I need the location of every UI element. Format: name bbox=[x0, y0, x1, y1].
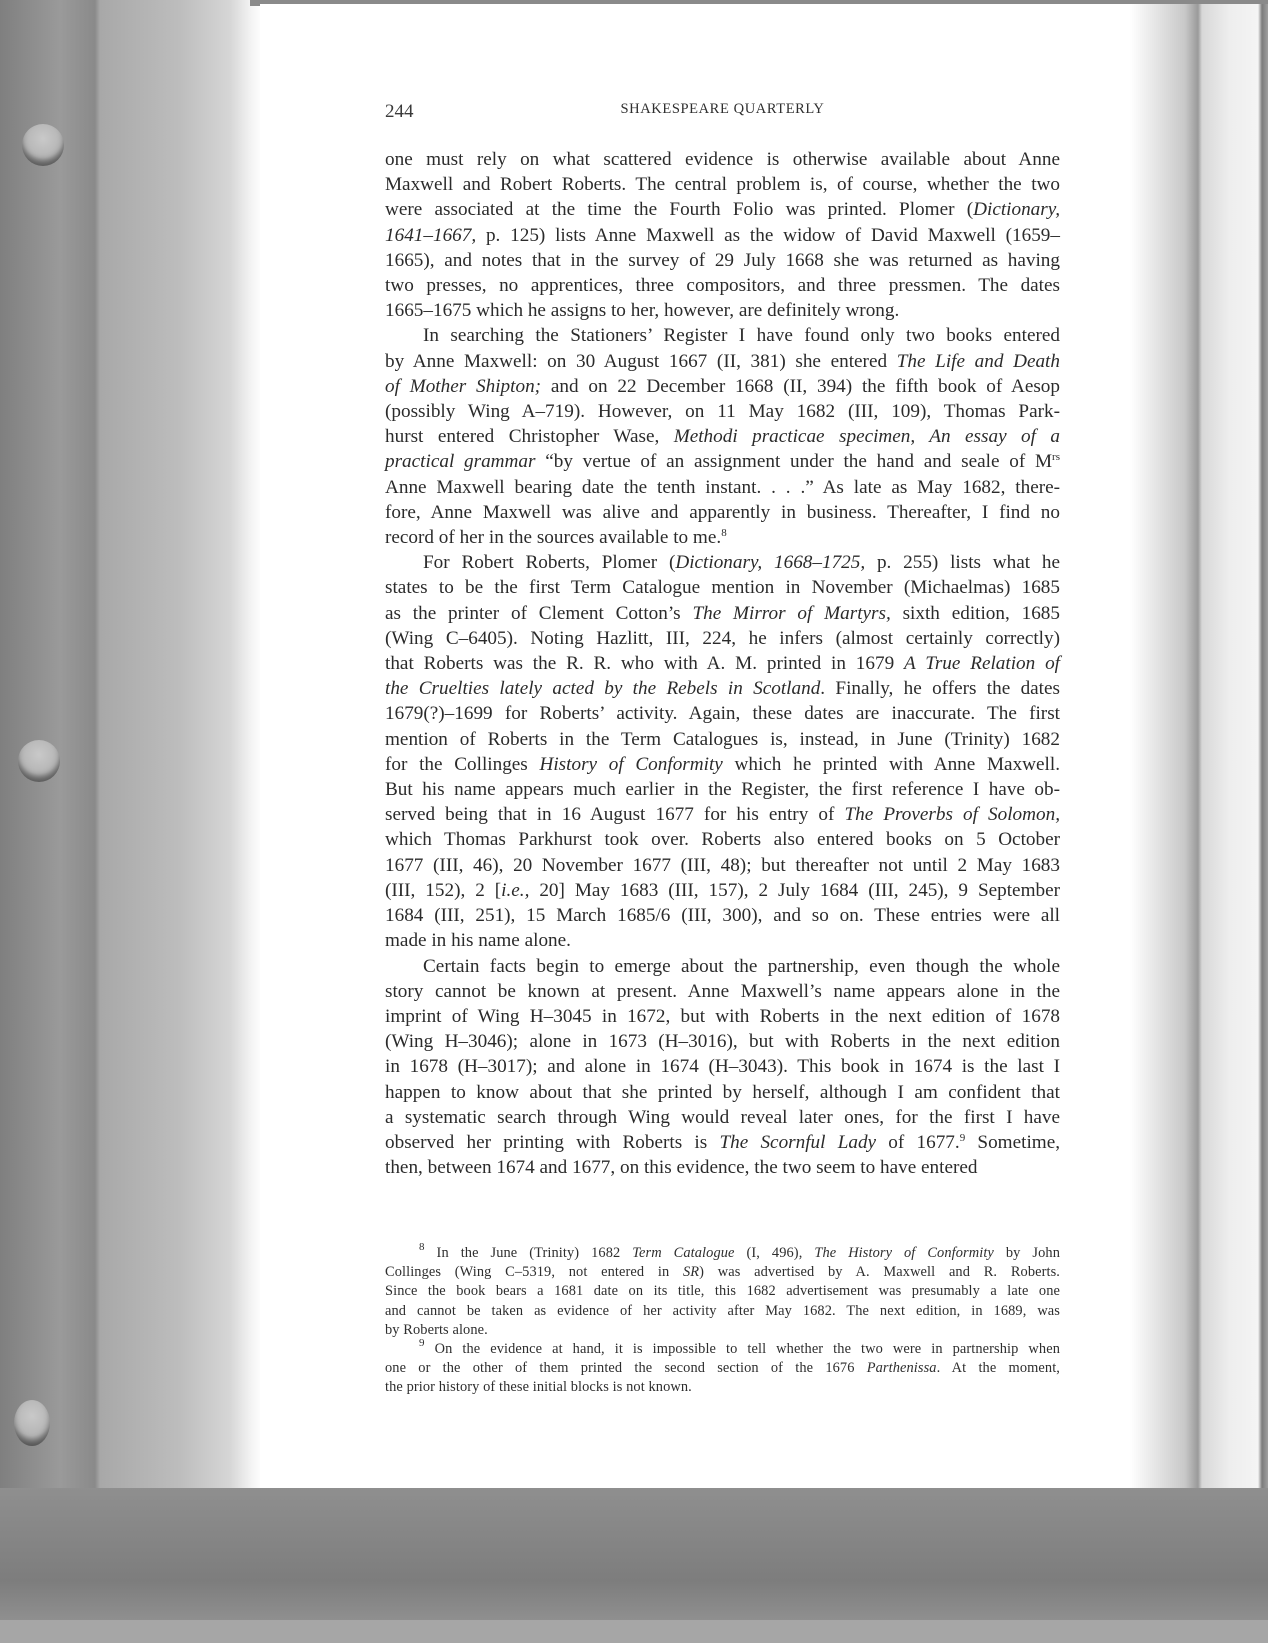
italic-text: Dictionary, bbox=[973, 199, 1060, 220]
italic-text: The Scornful Lady bbox=[719, 1132, 876, 1153]
text-line: (III, 152), 2 [i.e., 20] May 1683 (III, … bbox=[385, 878, 1060, 903]
text-line: happen to know about that she printed by… bbox=[385, 1080, 1060, 1105]
punch-hole-icon bbox=[14, 1400, 50, 1446]
text-line: observed her printing with Roberts is Th… bbox=[385, 1130, 1060, 1155]
text-line: which Thomas Parkhurst took over. Robert… bbox=[385, 827, 1060, 852]
paragraph: In searching the Stationers’ Register I … bbox=[385, 323, 1060, 550]
text-run: 20] May 1683 (III, 157), 2 July 1684 (II… bbox=[529, 880, 1060, 901]
text-run: . At the moment, bbox=[937, 1360, 1060, 1376]
text-run: hurst entered Christopher Wase, bbox=[385, 426, 674, 447]
journal-title: SHAKESPEARE QUARTERLY bbox=[385, 101, 1060, 118]
italic-text: Term Catalogue bbox=[632, 1245, 734, 1261]
text-run: that Roberts was the R. R. who with A. M… bbox=[385, 653, 904, 674]
text-run: Collinges (Wing C–5319, not entered in bbox=[385, 1264, 683, 1280]
text-run: then, between 1674 and 1677, on this evi… bbox=[385, 1157, 978, 1178]
text-run: by John bbox=[994, 1245, 1060, 1261]
running-head: 244 SHAKESPEARE QUARTERLY bbox=[385, 99, 1060, 123]
text-run: as the printer of Clement Cotton’s bbox=[385, 603, 692, 624]
text-run: one must rely on what scattered evidence… bbox=[385, 149, 1060, 170]
footnotes: 8 In the June (Trinity) 1682 Term Catalo… bbox=[385, 1244, 1060, 1398]
text-line: mention of Roberts in the Term Catalogue… bbox=[385, 727, 1060, 752]
text-run: p. 125) lists Anne Maxwell as the widow … bbox=[476, 225, 1060, 246]
text-line: that Roberts was the R. R. who with A. M… bbox=[385, 651, 1060, 676]
text-run: served being that in 16 August 1677 for … bbox=[385, 804, 844, 825]
text-line: In searching the Stationers’ Register I … bbox=[385, 323, 1060, 348]
italic-text: A True Relation of bbox=[904, 653, 1060, 674]
text-line: 1677 (III, 46), 20 November 1677 (III, 4… bbox=[385, 853, 1060, 878]
text-run: imprint of Wing H–3045 in 1672, but with… bbox=[385, 1006, 1060, 1027]
text-line: story cannot be known at present. Anne M… bbox=[385, 979, 1060, 1004]
text-run: a systematic search through Wing would r… bbox=[385, 1107, 1060, 1128]
footnote-marker: rs bbox=[1052, 451, 1060, 463]
text-line: 1665), and notes that in the survey of 2… bbox=[385, 248, 1060, 273]
text-line: one or the other of them printed the sec… bbox=[385, 1359, 1060, 1378]
text-run: were associated at the time the Fourth F… bbox=[385, 199, 973, 220]
text-line: a systematic search through Wing would r… bbox=[385, 1105, 1060, 1130]
italic-text: The Proverbs of Solomon, bbox=[844, 804, 1060, 825]
footnote-8: 8 In the June (Trinity) 1682 Term Catalo… bbox=[385, 1244, 1060, 1340]
text-run: In searching the Stationers’ Register I … bbox=[423, 325, 1060, 346]
page-curl-edge bbox=[1130, 4, 1268, 1494]
text-line: served being that in 16 August 1677 for … bbox=[385, 802, 1060, 827]
text-run: fore, Anne Maxwell was alive and apparen… bbox=[385, 502, 1060, 523]
text-run: by Roberts alone. bbox=[385, 1322, 488, 1338]
footnote-9: 9 On the evidence at hand, it is impossi… bbox=[385, 1340, 1060, 1398]
text-run: On the evidence at hand, it is impossibl… bbox=[425, 1341, 1060, 1357]
italic-text: i.e., bbox=[501, 880, 529, 901]
text-run: (possibly Wing A–719). However, on 11 Ma… bbox=[385, 401, 1060, 422]
text-line: (Wing H–3046); alone in 1673 (H–3016), b… bbox=[385, 1029, 1060, 1054]
text-run: “by vertue of an assignment under the ha… bbox=[535, 451, 1052, 472]
text-run: Anne Maxwell bearing date the tenth inst… bbox=[385, 477, 1060, 498]
text-line: 1684 (III, 251), 15 March 1685/6 (III, 3… bbox=[385, 903, 1060, 928]
text-run: mention of Roberts in the Term Catalogue… bbox=[385, 729, 1060, 750]
text-run: 1684 (III, 251), 15 March 1685/6 (III, 3… bbox=[385, 905, 1060, 926]
text-run: two presses, no apprentices, three compo… bbox=[385, 275, 1060, 296]
punch-hole-icon bbox=[22, 124, 64, 166]
text-run: 1665–1675 which he assigns to her, howev… bbox=[385, 300, 899, 321]
text-line: practical grammar “by vertue of an assig… bbox=[385, 449, 1060, 474]
italic-text: Parthenissa bbox=[867, 1360, 937, 1376]
italic-text: The Life and Death bbox=[897, 351, 1060, 372]
text-run: story cannot be known at present. Anne M… bbox=[385, 981, 1060, 1002]
text-run: record of her in the sources available t… bbox=[385, 527, 721, 548]
text-line: made in his name alone. bbox=[385, 928, 1060, 953]
text-line: Collinges (Wing C–5319, not entered in S… bbox=[385, 1263, 1060, 1282]
text-run: p. 255) lists what he bbox=[865, 552, 1060, 573]
text-line: and cannot be taken as evidence of her a… bbox=[385, 1302, 1060, 1321]
text-run: For Robert Roberts, Plomer ( bbox=[423, 552, 675, 573]
text-line: record of her in the sources available t… bbox=[385, 525, 1060, 550]
text-run: sixth edition, 1685 bbox=[891, 603, 1060, 624]
text-run: Since the book bears a 1681 date on its … bbox=[385, 1283, 1060, 1299]
text-run: happen to know about that she printed by… bbox=[385, 1082, 1060, 1103]
text-line: for the Collinges History of Conformity … bbox=[385, 752, 1060, 777]
text-line: as the printer of Clement Cotton’s The M… bbox=[385, 601, 1060, 626]
text-run: which Thomas Parkhurst took over. Robert… bbox=[385, 829, 1060, 850]
text-line: two presses, no apprentices, three compo… bbox=[385, 273, 1060, 298]
text-run: one or the other of them printed the sec… bbox=[385, 1360, 867, 1376]
text-run: 1679(?)–1699 for Roberts’ activity. Agai… bbox=[385, 703, 1060, 724]
text-line: (possibly Wing A–719). However, on 11 Ma… bbox=[385, 399, 1060, 424]
text-run: states to be the first Term Catalogue me… bbox=[385, 577, 1060, 598]
text-run: by Anne Maxwell: on 30 August 1667 (II, … bbox=[385, 351, 897, 372]
italic-text: SR bbox=[683, 1264, 699, 1280]
text-run: of 1677. bbox=[876, 1132, 960, 1153]
text-line: 1665–1675 which he assigns to her, howev… bbox=[385, 298, 1060, 323]
text-line: For Robert Roberts, Plomer (Dictionary, … bbox=[385, 550, 1060, 575]
text-line: imprint of Wing H–3045 in 1672, but with… bbox=[385, 1004, 1060, 1029]
paragraph: For Robert Roberts, Plomer (Dictionary, … bbox=[385, 550, 1060, 953]
text-run: and cannot be taken as evidence of her a… bbox=[385, 1303, 1060, 1319]
text-line: were associated at the time the Fourth F… bbox=[385, 197, 1060, 222]
text-run: (I, 496), bbox=[735, 1245, 815, 1261]
text-run: made in his name alone. bbox=[385, 930, 571, 951]
text-run: (Wing C–6405). Noting Hazlitt, III, 224,… bbox=[385, 628, 1060, 649]
article-body: one must rely on what scattered evidence… bbox=[385, 147, 1060, 1180]
italic-text: The Mirror of Martyrs, bbox=[692, 603, 890, 624]
text-run: (III, 152), 2 [ bbox=[385, 880, 501, 901]
text-run: In the June (Trinity) 1682 bbox=[425, 1245, 633, 1261]
text-line: by Anne Maxwell: on 30 August 1667 (II, … bbox=[385, 349, 1060, 374]
text-line: 1641–1667, p. 125) lists Anne Maxwell as… bbox=[385, 223, 1060, 248]
text-line: Since the book bears a 1681 date on its … bbox=[385, 1282, 1060, 1301]
paragraph: one must rely on what scattered evidence… bbox=[385, 147, 1060, 323]
text-run: Maxwell and Robert Roberts. The central … bbox=[385, 174, 1060, 195]
text-run: and on 22 December 1668 (II, 394) the fi… bbox=[541, 376, 1060, 397]
text-line: Maxwell and Robert Roberts. The central … bbox=[385, 172, 1060, 197]
italic-text: History of Conformity bbox=[539, 754, 722, 775]
text-line: states to be the first Term Catalogue me… bbox=[385, 575, 1060, 600]
text-line: Anne Maxwell bearing date the tenth inst… bbox=[385, 475, 1060, 500]
text-run: the prior history of these initial block… bbox=[385, 1379, 692, 1395]
scanner-lid-strip bbox=[0, 1620, 1268, 1643]
text-line: in 1678 (H–3017); and alone in 1674 (H–3… bbox=[385, 1054, 1060, 1079]
text-line: by Roberts alone. bbox=[385, 1321, 1060, 1340]
footnote-marker: 8 bbox=[721, 527, 727, 539]
text-line: 9 On the evidence at hand, it is impossi… bbox=[385, 1340, 1060, 1359]
italic-text: 1641–1667, bbox=[385, 225, 476, 246]
punch-hole-icon bbox=[18, 740, 60, 782]
text-line: 8 In the June (Trinity) 1682 Term Catalo… bbox=[385, 1244, 1060, 1263]
text-line: (Wing C–6405). Noting Hazlitt, III, 224,… bbox=[385, 626, 1060, 651]
italic-text: The History of Conformity bbox=[814, 1245, 994, 1261]
text-line: one must rely on what scattered evidence… bbox=[385, 147, 1060, 172]
italic-text: of Mother Shipton; bbox=[385, 376, 541, 397]
text-run: which he printed with Anne Maxwell. bbox=[723, 754, 1060, 775]
text-line: fore, Anne Maxwell was alive and apparen… bbox=[385, 500, 1060, 525]
text-run: ) was advertised by A. Maxwell and R. Ro… bbox=[699, 1264, 1060, 1280]
text-line: the Cruelties lately acted by the Rebels… bbox=[385, 676, 1060, 701]
text-run: for the Collinges bbox=[385, 754, 539, 775]
paragraph: Certain facts begin to emerge about the … bbox=[385, 954, 1060, 1181]
text-line: But his name appears much earlier in the… bbox=[385, 777, 1060, 802]
text-line: the prior history of these initial block… bbox=[385, 1378, 1060, 1397]
italic-text: Methodi practicae specimen, An essay of … bbox=[674, 426, 1060, 447]
text-line: 1679(?)–1699 for Roberts’ activity. Agai… bbox=[385, 701, 1060, 726]
italic-text: practical grammar bbox=[385, 451, 535, 472]
text-run: . Finally, he offers the dates bbox=[820, 678, 1060, 699]
italic-text: the Cruelties lately acted by the Rebels… bbox=[385, 678, 820, 699]
text-run: But his name appears much earlier in the… bbox=[385, 779, 1060, 800]
text-run: Sometime, bbox=[965, 1132, 1060, 1153]
text-line: hurst entered Christopher Wase, Methodi … bbox=[385, 424, 1060, 449]
text-line: Certain facts begin to emerge about the … bbox=[385, 954, 1060, 979]
text-line: then, between 1674 and 1677, on this evi… bbox=[385, 1155, 1060, 1180]
text-run: observed her printing with Roberts is bbox=[385, 1132, 719, 1153]
text-run: (Wing H–3046); alone in 1673 (H–3016), b… bbox=[385, 1031, 1060, 1052]
text-run: 1665), and notes that in the survey of 2… bbox=[385, 250, 1060, 271]
italic-text: Dictionary, 1668–1725, bbox=[675, 552, 865, 573]
text-run: 1677 (III, 46), 20 November 1677 (III, 4… bbox=[385, 855, 1060, 876]
text-run: Certain facts begin to emerge about the … bbox=[423, 956, 1060, 977]
text-line: of Mother Shipton; and on 22 December 16… bbox=[385, 374, 1060, 399]
text-run: in 1678 (H–3017); and alone in 1674 (H–3… bbox=[385, 1056, 1060, 1077]
